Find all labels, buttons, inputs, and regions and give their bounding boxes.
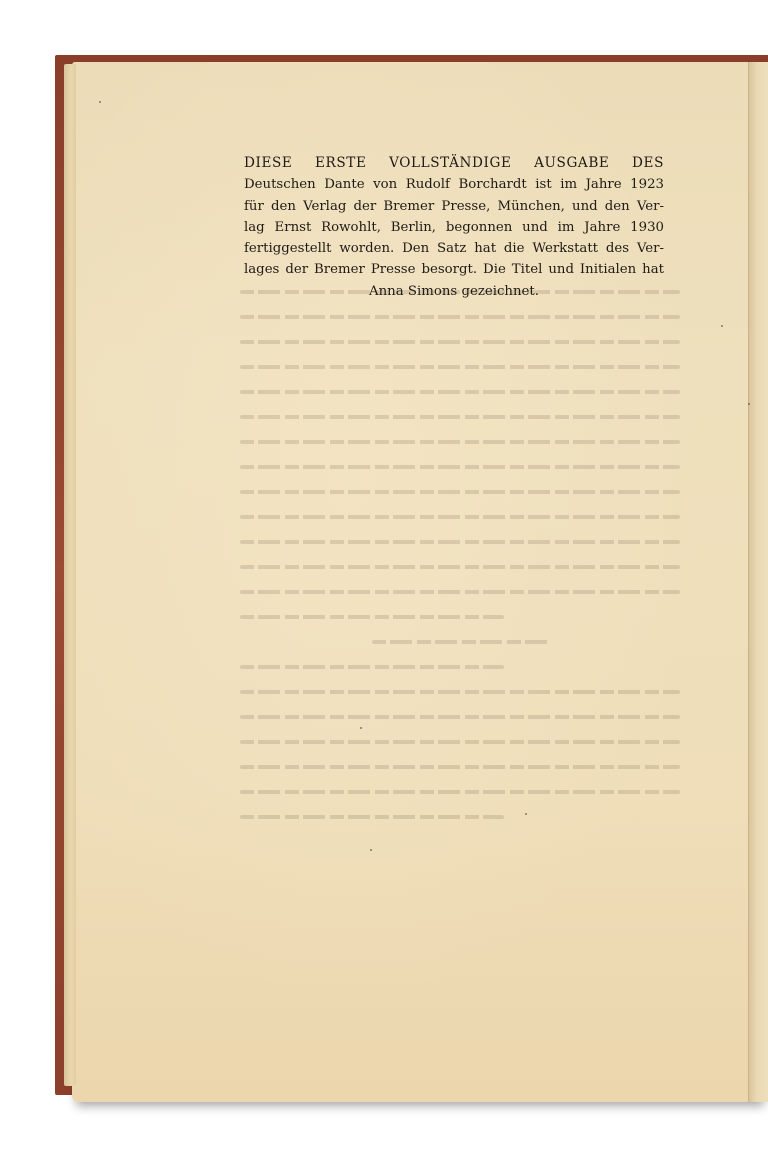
spine-fold — [64, 64, 76, 1086]
ghost-line — [240, 340, 680, 344]
ghost-line — [240, 515, 680, 519]
ghost-line — [240, 815, 504, 819]
colophon-line: Anna Simons gezeichnet. — [244, 281, 664, 302]
colophon-line: lages der Bremer Presse besorgt. Die Tit… — [244, 259, 664, 280]
reverse-side-show-through — [240, 290, 680, 850]
colophon-line: fertiggestellt worden. Den Satz hat die … — [244, 238, 664, 259]
ghost-line — [240, 765, 680, 769]
ghost-line — [240, 365, 680, 369]
ghost-line — [240, 540, 680, 544]
ghost-line — [240, 740, 680, 744]
colophon-line: lag Ernst Rowohlt, Berlin, begonnen und … — [244, 217, 664, 238]
colophon-line: DIESE ERSTE VOLLSTÄNDIGE AUSGABE DES — [244, 153, 664, 174]
colophon-line: für den Verlag der Bremer Presse, Münche… — [244, 196, 664, 217]
paper-speck — [99, 101, 101, 103]
ghost-line — [240, 790, 680, 794]
colophon-line: Deutschen Dante von Rudolf Borchardt ist… — [244, 174, 664, 195]
ghost-line — [372, 640, 548, 644]
ghost-line — [240, 715, 680, 719]
colophon-text: DIESE ERSTE VOLLSTÄNDIGE AUSGABE DES Deu… — [244, 153, 664, 302]
paper-speck — [360, 727, 362, 729]
ghost-line — [240, 490, 680, 494]
paper-speck — [721, 325, 723, 327]
ghost-line — [240, 390, 680, 394]
paper-speck — [525, 813, 527, 815]
ghost-line — [240, 465, 680, 469]
book-photo: DIESE ERSTE VOLLSTÄNDIGE AUSGABE DES Deu… — [0, 0, 768, 1158]
ghost-line — [240, 565, 680, 569]
ghost-line — [240, 415, 680, 419]
ghost-line — [240, 440, 680, 444]
page-right-edge — [748, 62, 768, 1102]
paper-speck — [370, 849, 372, 851]
ghost-line — [240, 690, 680, 694]
ghost-line — [240, 315, 680, 319]
ghost-line — [240, 665, 504, 669]
ghost-line — [240, 615, 504, 619]
ghost-line — [240, 590, 680, 594]
paper-speck — [748, 403, 750, 405]
